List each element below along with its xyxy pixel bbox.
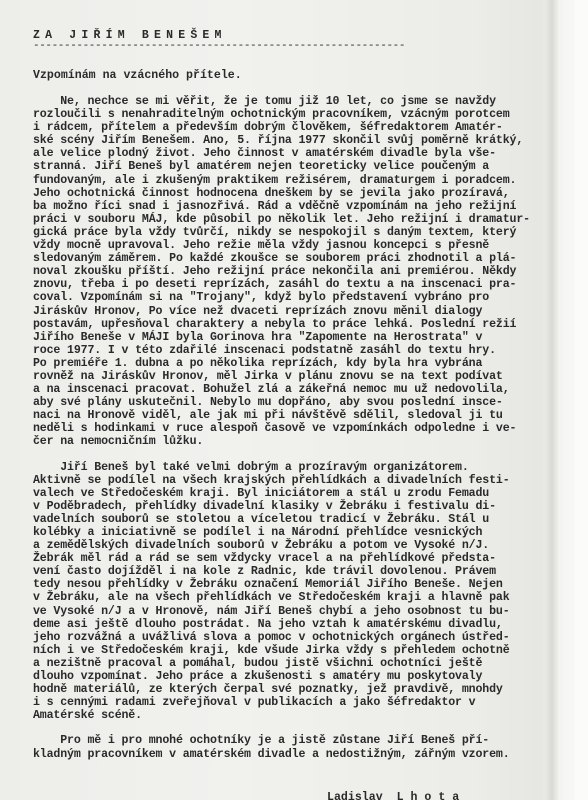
text-line: ale velice plodný život. Jeho činnost v … [33,147,553,160]
text-line: Aktivně se podílel na všech krajských př… [33,474,553,487]
text-line: Ne, nechce se mi věřit, že je tomu již 1… [33,95,553,108]
text-line: Žebrák měl rád a rád se sem vždycky vrac… [33,552,553,565]
paragraph-1: Ne, nechce se mi věřit, že je tomu již 1… [33,95,553,449]
greeting-line: Vzpomínám na vzácného přítele. [33,69,553,83]
typewritten-document: ZA JIŘÍM BENEŠEM -----------------------… [33,29,553,800]
text-line: i s cennými radami zveřejňoval v publika… [33,696,553,709]
text-line: deme asi ještě dlouho postrádat. Na jeho… [33,618,553,631]
text-line: naci na Hronově viděl, ale jak mi při ná… [33,409,553,422]
text-line: Jiráskův Hronov, Po více než dvaceti rep… [33,305,553,318]
text-line: Jiřího Beneše v MÁJI byla Gorinova hra "… [33,331,553,344]
text-line: Po premiéře 1. dubna a po několika reprí… [33,357,553,370]
text-line: vení často dojížděl i na kole z Radnic, … [33,565,553,578]
text-line: noval zkoušku příští. Jeho režijní práce… [33,265,553,278]
text-line: ních i ve Středočeském kraji, kde všude … [33,644,553,657]
text-line: kladným pracovníkem v amatérském divadle… [33,748,553,761]
text-line: a na inscenaci pracovat. Bohužel zlá a z… [33,383,553,396]
text-line: čer na nemocničním lůžku. [33,435,553,448]
text-line: rovněž na Jiráskův Hronov, měl Jirka v p… [33,370,553,383]
text-line: aby své plány uskutečnil. Nebylo mu dopř… [33,396,553,409]
text-line: vždy mocně upravoval. Jeho režie měla vž… [33,239,553,252]
paragraph-3: Pro mě i pro mnohé ochotníky je a jistě … [33,734,553,760]
text-line: i rádcem, přítelem a především dobrým čl… [33,121,553,134]
text-line: vadelních souborů se stoletou a víceleto… [33,513,553,526]
text-line: ské scény Jiřím Benešem. Ano, 5. října 1… [33,134,553,147]
text-line: coval. Vzpomínám si na "Trojany", když b… [33,291,553,304]
text-line: rozloučili s nenahraditelným ochotnickým… [33,108,553,121]
text-line: a zemědělských divadelních souborů v Žeb… [33,539,553,552]
text-line: dlouho vzpomínat. Jeho práce a zkušenost… [33,670,553,683]
text-line: v Žebráku, ale na všech přehlídkách ve S… [33,591,553,604]
text-line: jeho rozvážná a uvážlivá slova a pomoc v… [33,631,553,644]
paper-page: ZA JIŘÍM BENEŠEM -----------------------… [0,0,588,800]
text-line: práci v souboru MÁJ, kde působil po něko… [33,213,553,226]
text-line: sledovaným záměrem. Po každé zkoušce se … [33,252,553,265]
text-line: Jiří Beneš byl také velmi dobrým a prozí… [33,461,553,474]
text-line: hodně materiálů, ze kterých čerpal své p… [33,683,553,696]
text-line: Amatérské scéně. [33,709,553,722]
text-line: stranná. Jiří Beneš byl amatérem nejen t… [33,160,553,173]
paragraph-2: Jiří Beneš byl také velmi dobrým a prozí… [33,461,553,723]
text-line: kolébky a iniciativně se podílel i na Ná… [33,526,553,539]
text-line: a nezištně pracoval a pomáhal, budou jis… [33,657,553,670]
text-line: postavám, upřesňoval charaktery a nebyla… [33,318,553,331]
text-line: v Poděbradech, přehlídky divadelní klasi… [33,500,553,513]
text-line: fundovaným, ale i zkušeným praktikem rež… [33,174,553,187]
text-line: neděli s hodinkami v ruce alespoň časově… [33,422,553,435]
text-line: roce 1977. I v této zdařilé inscenaci po… [33,344,553,357]
signature: Ladislav L h o t a [327,791,553,800]
title-underline: ----------------------------------------… [33,41,478,51]
text-line: ve Vysoké n/J a v Hronově, nám Jiří Bene… [33,605,553,618]
text-line: Jeho ochotnická činnost hodnocena dneške… [33,187,553,200]
text-line: valech ve Středočeském kraji. Byl iniciá… [33,487,553,500]
text-line: Pro mě i pro mnohé ochotníky je a jistě … [33,734,553,747]
text-line: tedy nesou přehlídky v Žebráku označení … [33,578,553,591]
text-line: gická práce byla vždy tvůrčí, nikdy se n… [33,226,553,239]
page-edge [575,0,588,800]
text-line: znovu, třeba i po deseti reprízách, zasá… [33,278,553,291]
text-line: ba možno říci snad i jasnozřivá. Rád a v… [33,200,553,213]
